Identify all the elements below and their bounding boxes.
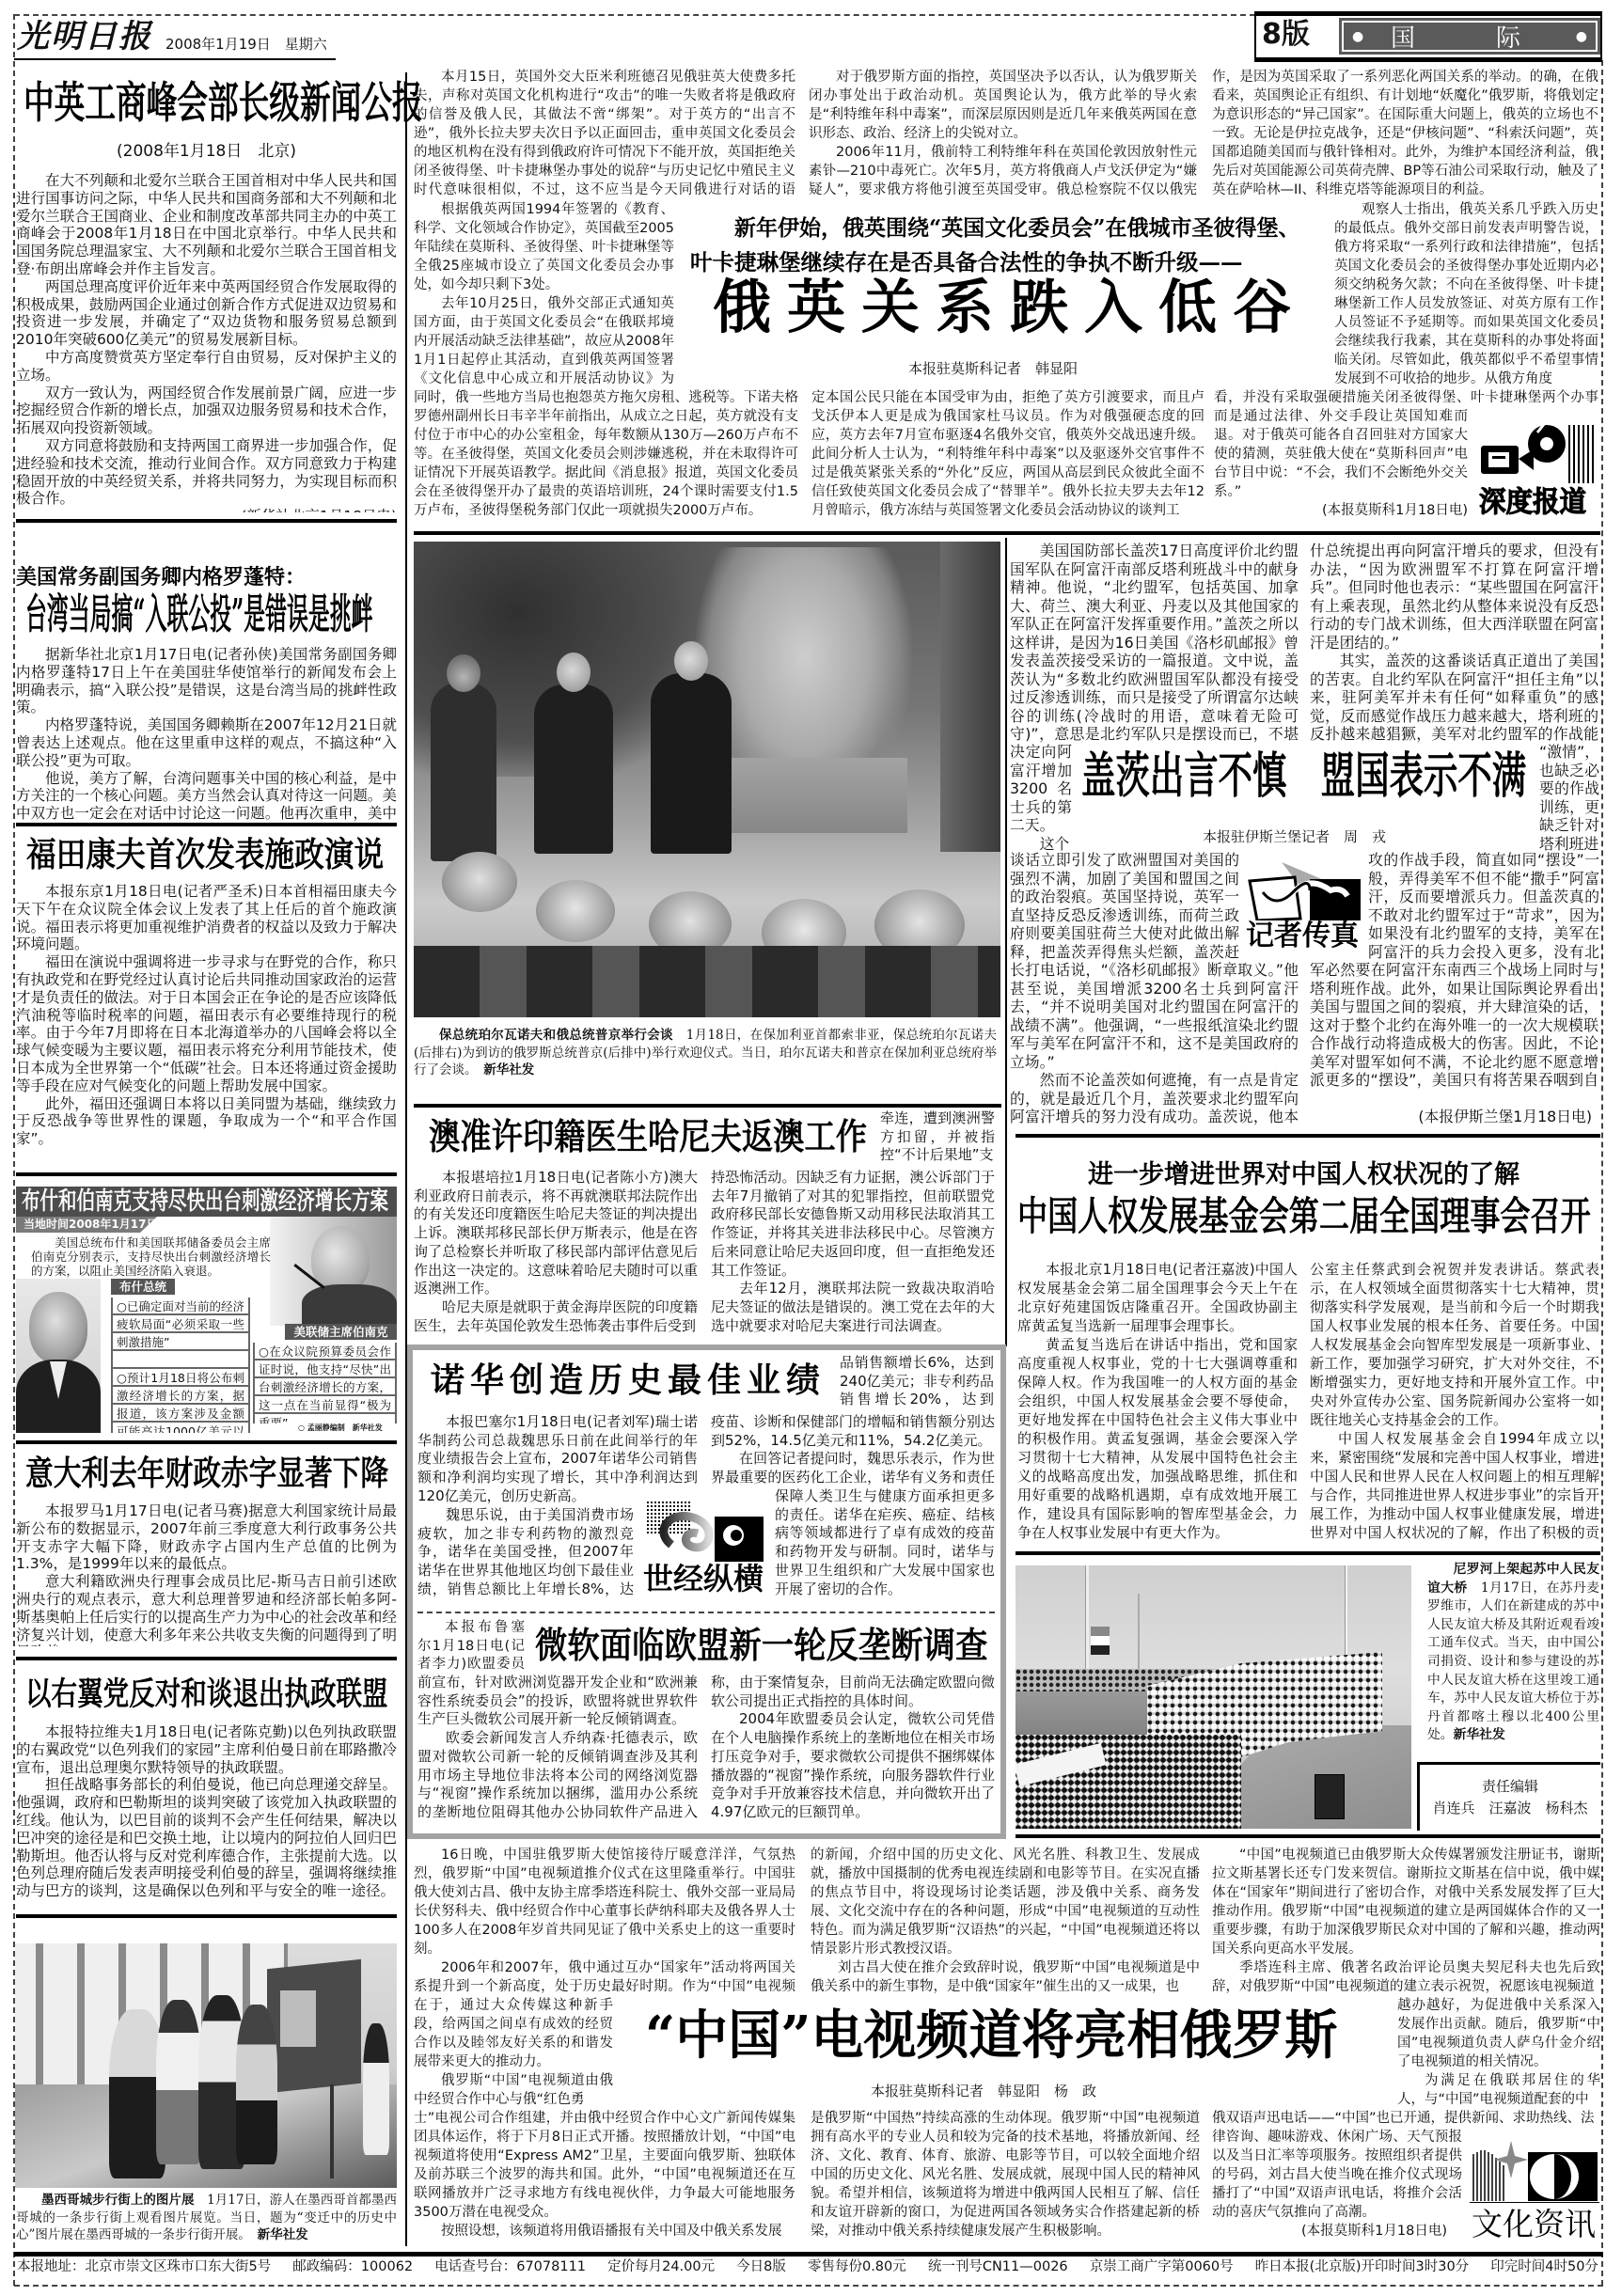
gates-col2-top: 什总统提出再向阿富汗增兵的要求，但没有办法，“因为欧洲盟军不打算在阿富汗增兵”。… [1310,542,1598,744]
article-body-fukuda: 本报东京1月18日电(记者严圣禾)日本首相福田康夫今天下午在众议院全体会议上发表… [16,883,397,1169]
paragraph: 作，是因为英国采取了一系列恶化两国关系的举动。的确，在俄看来，英国舆论正有组织、… [1212,68,1598,199]
paragraph: 长打电话说，“《洛杉矶邮报》断章取义。”他甚至说，美国增派3200名士兵到阿富汗… [1010,961,1299,1071]
bush-head [29,1292,87,1363]
bush-point: ○预计1月18日将公布刺激经济增长的方案，据报道，该方案涉及金额可能高达1000… [117,1369,244,1433]
editors-names: 肖连兵 汪嘉波 杨科杰 [1420,1800,1600,1816]
russia-col-b-bottom: 定本国公民只能在本国受审为由，拒绝了英方引渡要求，而且卢戈沃伊本人更是成为俄国家… [811,388,1204,521]
gates-col1-lower-narrow: 谈话立即引发了欧洲盟国对美国的强烈不满，加剧了美国和盟国之间的政治裂痕。英国坚持… [1010,851,1239,961]
article-body-uk-china-summit: 在大不列颠和北爱尔兰联合王国首相对中华人民共和国进行国事访问之际，中华人民共和国… [16,172,397,512]
infographic-date-tab: 当地时间2008年1月17日 [16,1217,157,1233]
correspondent-fax-label: 记者传真 [1246,922,1359,951]
bush-label: 布什总统 [111,1279,175,1295]
section-name: 国 际 [1391,19,1549,54]
tv-col-c-narrow: 越办越好，为促进俄中关系深入发展作出贡献。随后，俄罗斯“中国”电视频道负责人萨乌… [1397,1996,1600,2109]
caption-text: 1月17日，在苏丹麦罗维市，人们在新建成的苏中人民友谊大桥及其附近观看竣工通车仪… [1427,1580,1599,1743]
masthead: 光明日报 2008年1月19日 星期六 8版 ● 国 际 ● [0,0,1606,62]
paragraph: 双方同意将鼓励和支持两国工商界进一步加强合作，促进经验和技术交流，推动行业间合作… [16,437,397,508]
paragraph: 然而不论盖茨如何遮掩，有一点是肯定的，就是最近几个月，盖茨要求北约盟军向阿富汗增… [1010,1071,1299,1126]
paragraph: 什总统提出再向阿富汗增兵的要求，但没有办法，“因为欧洲盟军不打算在阿富汗增兵”。… [1310,542,1598,652]
bulgaria-photo-caption: 保总统珀尔瓦诺夫和俄总统普京举行会谈 1月18日，在保加利亚首都索非亚，保总统珀… [414,1027,997,1083]
paragraph: 称，由于案情复杂，目前尚无法确定欧盟向微软公司提出正式指控的具体时间。 [711,1674,995,1710]
paragraph: “中国”电视频道已由俄罗斯大众传媒署颁发注册证书，谢斯拉文斯基署长还专门发来贺信… [1212,1846,1600,1958]
bulgaria-ceremony-photo [414,542,1000,1017]
world-economy-label: 世经纵横 [643,1564,764,1594]
tv-col-b-bottom: 是俄罗斯“中国热”持续高涨的生动体现。俄罗斯“中国”电视频道拥有高水平的专业人员… [811,2109,1200,2241]
article-body-israel: 本报特拉维夫1月18日电(记者陈克勤)以色列执政联盟的右翼政党“以色列我们的家园… [16,1723,397,1904]
russia-col-b-top: 对于俄罗斯方面的指控，英国坚决予以否认，认为俄罗斯关闭办事处出于政治动机。英国舆… [809,68,1197,200]
paragraph: 在于，通过大众传媒这种新手段，给两国之间卓有成效的经贸合作以及睦邻友好关系的和谐… [414,1996,613,2071]
infographic-title-bar: 布什和伯南克支持尽快出台刺激经济增长方案 [16,1187,397,1217]
paragraph: 在大不列颠和北爱尔兰联合王国首相对中华人民共和国进行国事访问之际，中华人民共和国… [16,172,397,278]
gates-col1-narrow: 决定向阿富汗增加3200名士兵的第二天。 这个 [1010,743,1072,853]
photo-credit: 新华社发 [483,1062,534,1077]
section-rule [1016,1134,1600,1138]
bush-photo [16,1279,101,1433]
haneef-col2: 持恐怖活动。因缺乏有力证据，澳公诉部门于去年7月撤销了对其的犯罪指控，但前联盟党… [711,1169,995,1336]
culture-news-label: 文化资讯 [1472,2209,1596,2240]
paragraph: 中方高度赞赏英方坚定奉行自由贸易，反对保护主义的立场。 [16,349,397,385]
gates-col1-top: 美国国防部长盖茨17日高度评价北约盟国军队在阿富汗南部反塔利班战斗中的献身精神。… [1010,542,1299,744]
haneef-beside-headline: 牵连，遭到澳洲警方扣留，并被指控“不计后果地”支 [880,1109,995,1166]
russia-col-c-wide-line: 看，并没有采取强硬措施关闭圣彼得堡、叶卡捷琳堡两个办事处， [1214,388,1598,407]
paragraph: 看，并没有采取强硬措施关闭圣彼得堡、叶卡捷琳堡两个办事处， [1214,388,1598,407]
footer-monthly-price: 定价每月24.00元 [607,2258,715,2275]
tv-dateline: (本报莫斯科1月18日电) [1212,2223,1447,2240]
paragraph: 军必然要在阿富汗东南西三个战场上同时与塔利班作战。此外，如果让国际舆论界看出美国… [1310,961,1598,1090]
sudan-bridge-photo [1016,1565,1411,1829]
masthead-underline [14,58,336,60]
paragraph: 持恐怖活动。因缺乏有力证据，澳公诉部门于去年7月撤销了对其的犯罪指控，但前联盟党… [711,1169,995,1280]
kicker-russia-line-1: 新年伊始，俄英围绕“英国文化委员会”在俄城市圣彼得堡、 [734,217,1299,239]
world-economy-badge: 世经纵横 [643,1502,767,1596]
paragraph: 此外，福田还强调日本将以日美同盟为基础，继续致力于反恐战争等世界性的课题，争取成… [16,1095,397,1148]
novartis-col1-top: 本报巴塞尔1月18日电(记者刘军)瑞士诺华制药公司总裁魏思乐日前在此间举行的年度… [417,1413,698,1506]
paragraph: 2006年和2007年，俄中通过互办“国家年”活动将两国关系提升到一个新高度，处… [414,1958,795,1996]
page-box: 8版 ● 国 际 ● [1254,11,1602,62]
paragraph: 攻的作战手段，简直如同“摆设”一般，弄得美军不但不能“撒手”阿富汗，反而要增派兵… [1368,851,1599,961]
paragraph: 本报布鲁塞尔1月18日电(记者李力)欧盟委员会日 [417,1619,525,1675]
correspondent-fax-badge: 记者传真 [1244,858,1364,952]
paragraph: 两国总理高度评价近年来中英两国经贸合作发展取得的积极成果，鼓励两国企业通过创新合… [16,278,397,349]
paragraph: 黄孟复当选后在讲话中指出，党和国家高度重视人权事业，党的十七大强调尊重和保障人权… [1017,1335,1298,1542]
gates-col2-narrow: “激情”，也缺乏必要的作战训练，更缺乏针对塔利班进 [1539,743,1599,853]
section-rule [414,1104,1001,1108]
footer-retail-price: 零售每份0.80元 [808,2258,906,2275]
paragraph: 律咨询、趣味游戏、休闲广场、天气预报以及当日汇率等项服务。按照组织者提供的号码，… [1212,2128,1462,2222]
paragraph: 本报特拉维夫1月18日电(记者陈克勤)以色列执政联盟的右翼政党“以色列我们的家园… [16,1723,397,1776]
microsoft-col1: 前宣布，针对欧洲浏览器开发企业和“欧洲兼容性系统委员会”的投诉，欧盟将就世界软件… [417,1674,698,1822]
footer-page-count: 今日8版 [736,2258,786,2275]
section-rule [16,823,397,826]
paragraph: 据新华社北京1月17日电(记者孙侠)美国常务副国务卿内格罗蓬特17日上午在美国驻… [16,646,397,716]
photo-guard-hat [536,880,615,942]
band-divider [1005,538,1007,1346]
byline-china-tv: 本报驻莫斯科记者 韩显阳 杨 政 [871,2081,1096,2100]
sudan-photo-caption: 尼罗河上架起苏中人民友谊大桥 1月17日，在苏丹麦罗维市，人们在新建成的苏中人民… [1427,1561,1599,1749]
photo-person [236,2005,277,2164]
microsoft-col2: 称，由于案情复杂，目前尚无法确定欧盟向微软公司提出正式指控的具体时间。 2004… [711,1674,995,1822]
paragraph: 同时，俄一些地方当局也抱怨英方拖欠房租、逃税等。下诺夫格罗德州副州长日韦辛半年前… [414,388,798,520]
headline-microsoft: 微软面临欧盟新一轮反垄断调查 [535,1628,987,1663]
bottom-border [14,2285,1603,2287]
paragraph: 他说，美方了解，台湾问题事关中国的核心利益，是中方关注的一个核心问题。美方当然会… [16,770,397,825]
footer-phone: 电话查号台：67078111 [434,2258,586,2275]
tv-col-a-top: 16日晚，中国驻俄罗斯大使馆接待厅暖意洋洋，气氛热烈，俄罗斯“中国”电视频道推介… [414,1846,795,1996]
headline-haneef: 澳准许印籍医生哈尼夫返澳工作 [429,1119,867,1155]
photo-monument-pedestal [719,758,907,833]
paragraph: 去年10月25日，俄外交部正式通知英国方面，由于英国文化委员会“在俄联邦境内开展… [414,294,674,388]
paragraph: 欧委会新闻发言人乔纳森·托德表示，欧盟对微软公司新一轮的反倾销调查涉及其利用市场… [417,1729,698,1822]
paragraph: 担任战略事务部长的利伯曼说，他已向总理递交辞呈。他强调，政府和巴勒斯坦的谈判突破… [16,1776,397,1900]
headline-israel: 以右翼党反对和谈退出执政联盟 [25,1678,388,1710]
headline-italy: 意大利去年财政赤字显著下降 [25,1456,388,1490]
novartis-beside-headline: 品销售额增长6%，达到240亿美元；非专利药品销售增长20%，达到71.7亿美元… [840,1354,994,1410]
paragraph: 是俄罗斯“中国热”持续高涨的生动体现。俄罗斯“中国”电视频道拥有高水平的专业人员… [811,2109,1200,2241]
paragraph: 本报堪培拉1月18日电(记者陈小方)澳大利亚政府日前表示，将不再就澳联邦法院作出… [414,1169,698,1298]
paragraph: 品销售额增长6%，达到240亿美元；非专利药品销售增长20%，达到71.7亿美元… [840,1354,994,1410]
paragraph: 在回答记者提问时，魏思乐表示，作为世界最重要的医药化工企业，诺华有义务和责任在 [711,1450,995,1488]
left-column-divider [405,72,407,2246]
paragraph: 而是通过法律、外交手段让英国知难而退。对于俄英可能各自召回驻对方国家大使的猜测，… [1214,407,1468,501]
paragraph: “激情”，也缺乏必要的作战训练，更缺乏针对塔利班进 [1539,743,1599,853]
byline-gates: 本报驻伊斯兰堡记者 周 戎 [1203,826,1386,846]
photo-right-wall [940,542,1000,852]
paragraph: 疫苗、诊断和保健部门的增幅和销售额分别达到52%，14.5亿美元和11%，54.… [711,1413,995,1450]
paragraph: 决定向阿富汗增加3200名士兵的第二天。 [1010,743,1072,835]
mexico-exhibition-photo [15,1943,397,2188]
section-rule [16,519,397,523]
paragraph: 公室主任蔡武到会祝贺并发表讲话。蔡武表示，在人权领域全面贯彻落实十七大精神，贯彻… [1310,1260,1599,1429]
russia-col-c-top: 作，是因为英国采取了一系列恶化两国关系的举动。的确，在俄看来，英国舆论正有组织、… [1212,68,1598,200]
footer-print-start: 昨日本报(北京版)开印时间3时30分 [1255,2258,1470,2275]
paragraph: 本报罗马1月17日电(记者马赛)据意大利国家统计局最新公布的数据显示，2007年… [16,1502,397,1573]
bernanke-points: ○在众议院预算委员会作证时说，他支持“尽快”出台刺激经济增长的方案，这一点在当前… [253,1343,397,1423]
paragraph: 定本国公民只能在本国受审为由，拒绝了英方引渡要求，而且卢戈沃伊本人更是成为俄国家… [811,388,1204,520]
russia-col-a-narrow: 根据俄英两国1994年签署的《教育、科学、文化领域合作协定》，英国截至2005年… [414,200,674,388]
paragraph: 谈话立即引发了欧洲盟国对美国的强烈不满，加剧了美国和盟国之间的政治裂痕。英国坚持… [1010,851,1239,961]
gates-dateline: (本报伊斯兰堡1月18日电) [1310,1108,1592,1125]
haneef-col1: 本报堪培拉1月18日电(记者陈小方)澳大利亚政府日前表示，将不再就澳联邦法院作出… [414,1169,698,1336]
section-rule [16,1440,397,1444]
headline-human-rights: 中国人权发展基金会第二届全国理事会召开 [1017,1197,1591,1236]
paragraph: 对于俄罗斯方面的指控，英国坚决予以否认，认为俄罗斯关闭办事处出于政治动机。英国舆… [809,68,1197,143]
tv-col-a-bottom: 士”电视公司合作组建，并由俄中经贸合作中心文广新闻传媒集团具体运作，将于下月8日… [414,2109,795,2241]
newspaper-logo: 光明日报 [17,21,152,53]
novartis-col2-top: 疫苗、诊断和保健部门的增幅和销售额分别达到52%，14.5亿美元和11%，54.… [711,1413,995,1488]
headline-novartis: 诺华创造历史最佳业绩 [431,1363,826,1397]
human-rights-col1: 本报北京1月18日电(记者汪嘉波)中国人权发展基金会第二届全国理事会今天上午在北… [1017,1260,1298,1542]
kicker-russia-line-2: 叶卡捷琳堡继续存在是否具备合法性的争执不断升级—— [690,252,1243,275]
dashed-separator [417,1612,995,1613]
headline-gates: 盖茨出言不慎 盟国表示不满 [1081,752,1526,801]
section-rule [16,1657,397,1660]
bernanke-label: 美联储主席伯南克 [285,1324,397,1340]
human-rights-col2: 公室主任蔡武到会祝贺并发表讲话。蔡武表示，在人权领域全面贯彻落实十七大精神，贯彻… [1310,1260,1599,1542]
microsoft-beside-headline: 本报布鲁塞尔1月18日电(记者李力)欧盟委员会日 [417,1619,525,1675]
section-rule [414,531,1600,535]
section-rule [16,1172,397,1176]
paragraph: 本报北京1月18日电(记者汪嘉波)中国人权发展基金会第二届全国理事会今天上午在北… [1017,1260,1298,1335]
right-border [1601,60,1603,2286]
paragraph: 本报东京1月18日电(记者严圣禾)日本首相福田康夫今天下午在众议院全体会议上发表… [16,883,397,953]
page-number: 8版 [1262,21,1310,49]
summit-date-place: (2008年1月18日 北京) [16,144,397,160]
paragraph: 观察人士指出，俄英关系几乎跌入历史的最低点。俄外交部日前发表声明警告说，俄方将采… [1334,200,1598,388]
infographic-intro: 美国总统布什和美国联邦储备委员会主席伯南克分别表示，支持尽快出台刺激经济增长的方… [31,1235,271,1278]
in-depth-report-label: 深度报道 [1479,489,1586,517]
photo-board-stand [330,2084,334,2178]
bush-points: ○已确定面对当前的经济疲软局面“必须采取一些刺激措施” ○预计1月18日将公布刺… [111,1297,250,1433]
paragraph: 其实，盖茨的这番谈话真正道出了美国的苦衷。自北约军队在阿富汗“担任主角”以来，驻… [1310,652,1598,744]
culture-news-badge: 文化资讯 [1470,2141,1599,2242]
photo-person [363,2023,389,2155]
tv-col-c-top: “中国”电视频道已由俄罗斯大众传媒署颁发注册证书，谢斯拉文斯基署长还专门发来贺信… [1212,1846,1600,1996]
photo-speaker [1315,1774,1345,1819]
paragraph: 保障人类卫生与健康方面承担更多的责任。诺华在疟疾、癌症、结核病等领域都进行了卓有… [775,1487,995,1598]
swirl-icon [643,1502,767,1562]
headline-fukuda: 福田康夫首次发表施政演说 [26,838,384,872]
paragraph: 的新闻，介绍中国的历史文化、风光名胜、科教卫生、发展成就，播放中国摄制的优秀电视… [811,1846,1200,1958]
paragraph: 本报巴塞尔1月18日电(记者刘军)瑞士诺华制药公司总裁魏思乐日前在此间举行的年度… [417,1413,698,1506]
paragraph: 魏思乐说，由于美国消费市场疲软，加之非专利药物的激烈竞争，诺华在美国受挫，但20… [417,1506,634,1599]
headline-russia-uk: 俄英关系跌入低谷 [713,278,1307,337]
paragraph: 为满足在俄联邦居住的华人，与“中国”电视频道配套的中 [1397,2071,1600,2109]
bush-bernanke-infographic: 布什和伯南克支持尽快出台刺激经济增长方案 当地时间2008年1月17日 美国总统… [16,1187,397,1433]
photo-crowd-foreground [1016,1735,1241,1829]
footer-address: 本报地址：北京市崇文区珠市口东大街5号 [17,2258,271,2275]
paragraph: 俄罗斯“中国”电视频道由俄中经贸合作中心与俄“红色勇 [414,2071,613,2109]
paragraph: 根据俄英两国1994年签署的《教育、科学、文化领域合作协定》，英国截至2005年… [414,200,674,294]
footer-ad-license: 京崇工商广字第0060号 [1090,2258,1234,2275]
caption-title: 墨西哥城步行街上的图片展 [41,2193,195,2208]
paragraph: 哈尼夫原是就职于黄金海岸医院的印度籍医生，去年英国伦敦发生恐怖袭击事件后受到 [414,1298,698,1335]
paragraph: 双方一致认为，两国经贸合作发展前景广阔，应进一步挖掘经贸合作新的增长点，加强双边… [16,385,397,437]
in-depth-report-badge: 深度报道 [1479,421,1598,521]
film-camera-icon [1479,421,1598,487]
section-rule [16,1914,397,1918]
headline-uk-china-summit: 中英工商峰会部长级新闻公报 [24,81,423,124]
paragraph: 2004年欧盟委员会认定，微软公司凭借在个人电脑操作系统上的垄断地位在相关市场打… [711,1710,995,1821]
paragraph: 季塔连科主席、俄著名政治评论员奥夫契尼科夫也先后致辞，对俄罗斯“中国”电视频道的… [1212,1958,1600,1996]
headline-china-tv: “中国”电视频道将亮相俄罗斯 [645,2009,1337,2062]
tv-col-c-wide-line: 俄双语声迅电话——“中国”也已开通，提供新闻、求助热线、法 [1212,2109,1600,2128]
paragraph: 按照设想，该频道将用俄语播报有关中国及中俄关系发展 [414,2222,795,2241]
paragraph: 内格罗蓬特说，美国国务卿赖斯在2007年12月21日就曾表达上述观点。他在这里重… [16,716,397,769]
footer-print-end: 印完时间4时50分 [1490,2258,1598,2275]
photo-credit: 新华社发 [258,2227,308,2242]
culture-emblem-icon [1470,2141,1599,2203]
bernanke-photo [270,1217,397,1326]
section-rule [1016,1551,1600,1555]
photo-saluting-soldier [431,683,496,861]
bush-point: ○已确定面对当前的经济疲软局面“必须采取一些刺激措施” [117,1297,244,1351]
issue-date: 2008年1月19日 星期六 [165,38,327,52]
photo-putin-head [557,653,590,692]
photo-flag [1091,1627,1110,1655]
headline-negroponte: 台湾当局搞“入联公投”是错误是挑衅 [25,594,373,636]
paragraph: 越办越好，为促进俄中关系深入发展作出贡献。随后，俄罗斯“中国”电视频道负责人萨乌… [1397,1996,1600,2071]
russia-col-a-bottom: 同时，俄一些地方当局也抱怨英方拖欠房租、逃税等。下诺夫格罗德州副州长日韦辛半年前… [414,388,798,521]
infographic-credit: ○ 孟丽静编制 新华社发 [298,1423,383,1433]
paragraph: 中国人权发展基金会自1994年成立以来，紧密围绕“发展和完善中国人权事业，增进中… [1310,1429,1599,1542]
russia-col-c-narrow: 观察人士指出，俄英关系几乎跌入历史的最低点。俄外交部日前发表声明警告说，俄方将采… [1334,200,1598,388]
photo-credit: 新华社发 [1454,1727,1505,1742]
footer-postcode: 邮政编码：100062 [292,2258,413,2275]
footer-rule [14,2252,1603,2257]
photo-guard-coats [414,946,1000,1017]
bernanke-point: ○在众议院预算委员会作证时说，他支持“尽快”出台刺激经济增长的方案，这一点在当前… [259,1343,391,1423]
photo-guard-hat [442,852,517,912]
photo-soldier-head [447,654,480,692]
bullet-icon: ● [1576,29,1587,44]
russia-col-a-top: 本月15日，英国外交大臣米利班德召见俄驻英大使费多托夫，声称对英国文化机构进行“… [414,68,795,200]
byline-russia-uk: 本报驻莫斯科记者 韩显阳 [908,358,1078,378]
caption-title: 保总统珀尔瓦诺夫和俄总统普京举行会谈 [439,1028,673,1043]
mexico-photo-caption: 墨西哥城步行街上的图片展 1月17日，游人在墨西哥首都墨西哥城的一条步行街上观看… [16,2192,397,2246]
footer-imprint: 本报地址：北京市崇文区珠市口东大街5号 邮政编码：100062 电话查号台：67… [17,2258,1598,2275]
paragraph: 俄双语声迅电话——“中国”也已开通，提供新闻、求助热线、法 [1212,2109,1600,2128]
novartis-col2-narrow: 保障人类卫生与健康方面承担更多的责任。诺华在疟疾、癌症、结核病等领域都进行了卓有… [775,1487,995,1600]
paragraph: 16日晚，中国驻俄罗斯大使馆接待厅暖意洋洋，气氛热烈，俄罗斯“中国”电视频道推介… [414,1846,795,1958]
paragraph: 意大利籍欧洲央行理事会成员比尼-斯马吉日前引述欧洲央行的观点表示，意大利总理普罗… [16,1573,397,1646]
paragraph: 刘古昌大使在推介会致辞时说，俄罗斯“中国”电视频道是中俄关系中的新生事物，是中俄… [811,1958,1200,1996]
kicker-human-rights: 进一步增进世界对中国人权状况的了解 [1088,1162,1519,1187]
paragraph: 前宣布，针对欧洲浏览器开发企业和“欧洲兼容性系统委员会”的投诉，欧盟将就世界软件… [417,1674,698,1729]
paragraph: 本月15日，英国外交大臣米利班德召见俄驻英大使费多托夫，声称对英国文化机构进行“… [414,68,795,200]
tv-col-b-top: 的新闻，介绍中国的历史文化、风光名胜、科教卫生、发展成就，播放中国摄制的优秀电视… [811,1846,1200,1996]
section-banner: ● 国 际 ● [1339,18,1600,55]
paragraph: 2006年11月，俄前特工利特维年科在英国伦敦因放射性元素钋—210中毒死亡。次… [809,143,1197,200]
photo-person [156,2000,201,2164]
paragraph: 士”电视公司合作组建，并由俄中经贸合作中心文广新闻传媒集团具体运作，将于下月8日… [414,2109,795,2222]
infographic-title: 布什和伯南克支持尽快出台刺激经济增长方案 [22,1189,388,1214]
section-rule [1016,1834,1600,1838]
bullet-icon: ● [1352,29,1363,44]
paragraph: 牵连，遭到澳洲警方扣留，并被指控“不计后果地”支 [880,1109,995,1165]
gates-col1-bottom: 长打电话说，“《洛杉矶邮报》断章取义。”他甚至说，美国增派3200名士兵到阿富汗… [1010,961,1299,1126]
photo-parvanov-head [674,641,708,681]
footer-serial-number: 统一刊号CN11—0026 [928,2258,1068,2275]
paragraph: 美国国防部长盖茨17日高度评价北约盟国军队在阿富汗南部反塔利班战斗中的献身精神。… [1010,542,1299,744]
gates-col2-bottom: 军必然要在阿富汗东南西三个战场上同时与塔利班作战。此外，如果让国际舆论界看出美国… [1310,961,1598,1090]
tv-col-a-narrow: 在于，通过大众传媒这种新手段，给两国之间卓有成效的经贸合作以及睦邻友好关系的和谐… [414,1996,613,2109]
photo-board-picture [280,1990,316,2047]
article-body-italy: 本报罗马1月17日电(记者马赛)据意大利国家统计局最新公布的数据显示，2007年… [16,1502,397,1646]
gates-col2-lower-narrow: 攻的作战手段，简直如同“摆设”一般，弄得美军不但不能“撒手”阿富汗，反而要增派兵… [1368,851,1599,961]
novartis-col1-narrow: 魏思乐说，由于美国消费市场疲软，加之非专利药物的激烈竞争，诺华在美国受挫，但20… [417,1506,634,1599]
tv-col-c-icon-side: 律咨询、趣味游戏、休闲广场、天气预报以及当日汇率等项服务。按照组织者提供的号码，… [1212,2128,1462,2222]
photo-parvanov [651,673,732,854]
paragraph: 去年12月，澳联邦法院一致裁决取消哈尼夫签证的做法是错误的。澳工党在去年的大选中… [711,1280,995,1335]
editors-label: 责任编辑 [1420,1778,1600,1795]
news-source: (新华社北京1月18日电) [16,508,397,512]
paragraph: 福田在演说中强调将进一步寻求与在野党的合作，称只有执政党和在野党经过认真讨论后共… [16,953,397,1094]
kicker-negroponte: 美国常务副国务卿内格罗蓬特： [16,567,306,588]
russia-col-c-icon-side: 而是通过法律、外交手段让英国知难而退。对于俄英可能各自召回驻对方国家大使的猜测，… [1214,407,1468,521]
article-body-negroponte: 据新华社北京1月17日电(记者孙侠)美国常务副国务卿内格罗蓬特17日上午在美国驻… [16,646,397,825]
fax-paper-icon [1244,858,1364,920]
editors-box: 责任编辑 肖连兵 汪嘉波 杨科杰 [1417,1762,1600,1831]
news-dateline: (本报莫斯科1月18日电) [1214,501,1468,520]
photo-putin [534,684,613,854]
